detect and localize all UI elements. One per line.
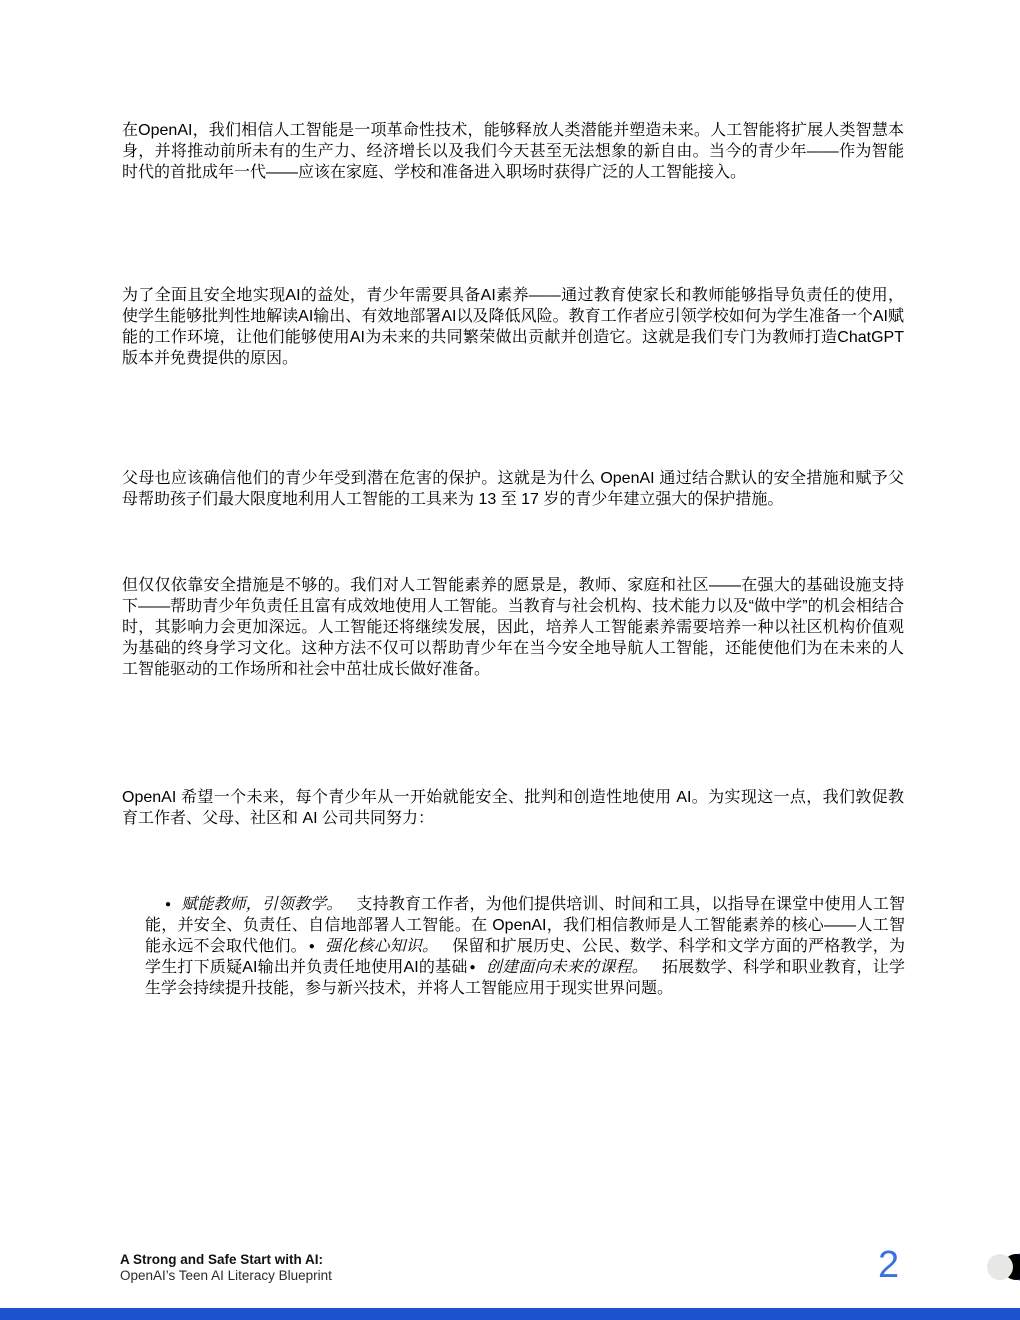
bullet-lead-italic-1: 赋能教师，引领教学。 — [181, 896, 342, 913]
page-number: 2 — [878, 1245, 918, 1285]
bullet-icon: ● — [165, 899, 171, 910]
body-paragraph-3: 父母也应该确信他们的青少年受到潜在危害的保护。这就是为什么 OpenAI 通过结… — [122, 468, 904, 510]
body-paragraph-1: 在OpenAI，我们相信人工智能是一项革命性技术，能够释放人类潜能并塑造未来。人… — [122, 120, 904, 183]
footer-doc-title: A Strong and Safe Start with AI: — [120, 1252, 332, 1268]
body-paragraph-4: 但仅仅依靠安全措施是不够的。我们对人工智能素养的愿景是，教师、家庭和社区——在强… — [122, 575, 904, 680]
widget-gray-circle — [987, 1254, 1013, 1280]
bottom-accent-bar — [0, 1308, 1020, 1320]
bullet-icon: ● — [470, 962, 476, 973]
bullet-icon: ● — [309, 941, 315, 952]
bullet-lead-italic-3: 创建面向未来的课程。 — [486, 959, 648, 976]
footer: A Strong and Safe Start with AI: OpenAI’… — [120, 1252, 332, 1284]
footer-doc-subtitle: OpenAI’s Teen AI Literacy Blueprint — [120, 1268, 332, 1284]
body-paragraph-2: 为了全面且安全地实现AI的益处，青少年需要具备AI素养——通过教育使家长和教师能… — [122, 285, 904, 369]
document-page: 在OpenAI，我们相信人工智能是一项革命性技术，能够释放人类潜能并塑造未来。人… — [0, 0, 1020, 1320]
overlapping-circles-icon[interactable] — [985, 1252, 1020, 1284]
bullet-lead-italic-2: 强化核心知识。 — [325, 938, 438, 955]
bullet-list-paragraph: ●赋能教师，引领教学。支持教育工作者，为他们提供培训、时间和工具，以指导在课堂中… — [145, 894, 905, 999]
body-paragraph-5: OpenAI 希望一个未来，每个青少年从一开始就能安全、批判和创造性地使用 AI… — [122, 787, 904, 829]
